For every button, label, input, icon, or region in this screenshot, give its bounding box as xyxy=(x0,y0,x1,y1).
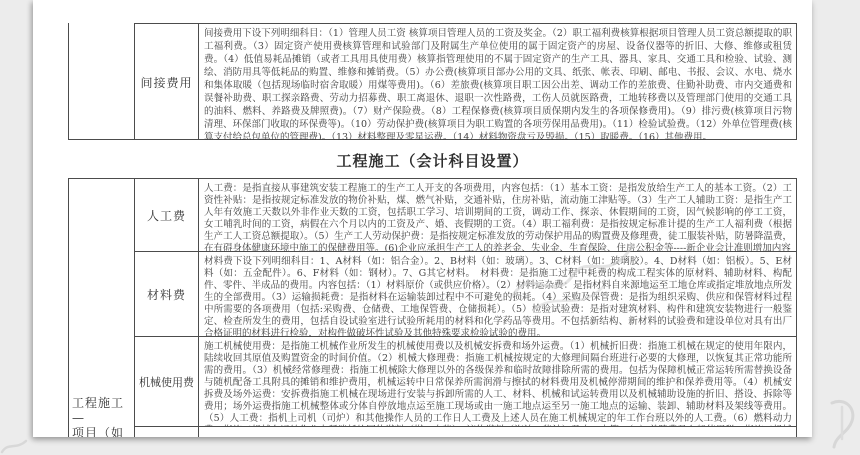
construction-cost-table: 工程施工— 项目（如 人工费 人工费：是指直接从事建筑安装工程施工的生产工人开支… xyxy=(68,178,797,437)
indirect-cost-label: 间接费用 xyxy=(140,74,192,91)
machinery-cost-label: 机械使用费 xyxy=(139,374,194,390)
section-title: 工程施工（会计科目设置） xyxy=(68,150,797,171)
machinery-cost-content: 施工机械使用费：是指施工机械作业所发生的机械使用费以及机械安拆费和场外运费。（1… xyxy=(199,337,796,426)
document-viewer: { "title": "工程施工（会计科目设置）", "top_table": … xyxy=(0,0,860,455)
group-label-cell: 工程施工— 项目（如 xyxy=(69,179,134,437)
row-label-labor-cost: 人工费 xyxy=(135,179,198,251)
watermark-squiggle-bottom-left xyxy=(0,438,28,455)
row-divider-3 xyxy=(134,426,796,427)
row-label-machinery-cost: 机械使用费 xyxy=(135,337,198,426)
group-label-line2: 项目（如 xyxy=(72,426,134,437)
document-page: 间接费用 间接费用下设下列明细科目：（1）管理人员工资 核算项目管理人员的工资及… xyxy=(33,0,812,437)
row-label-material-cost: 材料费 xyxy=(135,252,198,336)
indirect-cost-table: 间接费用 间接费用下设下列明细科目：（1）管理人员工资 核算项目管理人员的工资及… xyxy=(68,23,797,140)
watermark-squiggle-right xyxy=(828,395,860,450)
group-label-line1: 工程施工— xyxy=(72,396,134,426)
row-label-indirect-cost: 间接费用 xyxy=(134,23,198,140)
labor-cost-label: 人工费 xyxy=(147,207,186,224)
indirect-group-cell xyxy=(69,23,134,140)
material-cost-label: 材料费 xyxy=(147,286,186,303)
material-cost-content: 材料费下设下列明细科目：1、A材料（如：铝合金）。2、B材料（如：玻璃）。3、C… xyxy=(199,252,796,336)
labor-cost-content: 人工费：是指直接从事建筑安装工程施工的生产工人开支的各项费用，内容包括：（1）基… xyxy=(199,179,796,251)
indirect-cost-content: 间接费用下设下列明细科目：（1）管理人员工资 核算项目管理人员的工资及奖金。（2… xyxy=(198,23,796,140)
group-label: 工程施工— 项目（如 xyxy=(72,396,134,437)
